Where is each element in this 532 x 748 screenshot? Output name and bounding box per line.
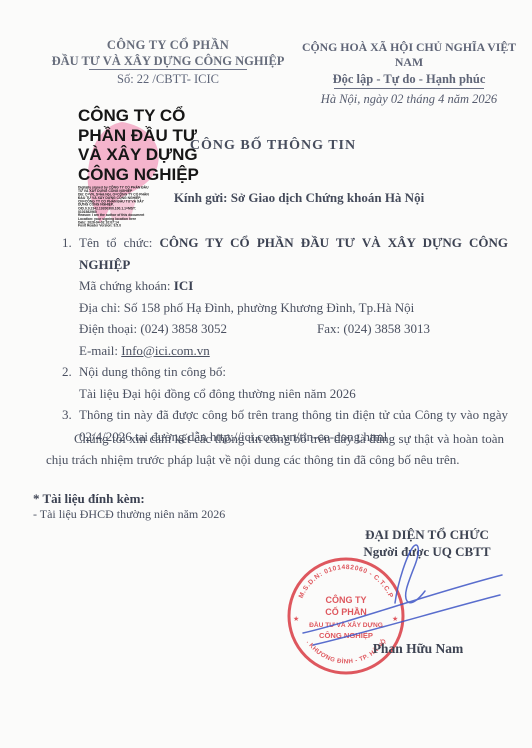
national-title: CỘNG HOÀ XÃ HỘI CHỦ NGHĨA VIỆT NAM xyxy=(296,40,522,70)
place-date-line: Hà Nội, ngày 02 tháng 4 năm 2026 xyxy=(296,92,522,107)
digsig-name-line: CÔNG TY CỔ xyxy=(78,106,228,126)
email-label: E-mail: xyxy=(79,343,121,358)
scanned-document-page: CÔNG TY CỔ PHẦN ĐẦU TƯ VÀ XÂY DỰNG CÔNG … xyxy=(0,0,532,748)
commitment-paragraph: Chúng tôi xin cam kết các thông tin công… xyxy=(46,428,504,470)
attachments-label: * Tài liệu đính kèm: xyxy=(33,491,225,507)
issuer-header: CÔNG TY CỔ PHẦN ĐẦU TƯ VÀ XÂY DỰNG CÔNG … xyxy=(42,38,294,87)
digsig-name-line: VÀ XÂY DỰNG xyxy=(78,145,228,165)
issuer-underline xyxy=(89,69,247,70)
attachment-item: - Tài liệu ĐHCĐ thường niên năm 2026 xyxy=(33,507,225,522)
list-item-2: 2. Nội dung thông tin công bố: xyxy=(62,361,508,383)
signer-name: Phan Hữu Nam xyxy=(363,641,473,657)
issuer-name-line1: CÔNG TY CỔ PHẦN xyxy=(42,38,294,53)
national-motto-header: CỘNG HOÀ XÃ HỘI CHỦ NGHĨA VIỆT NAM Độc l… xyxy=(296,40,522,89)
digital-signature-block: CÔNG TY CỔ PHẦN ĐẦU TƯ VÀ XÂY DỰNG CÔNG … xyxy=(78,106,228,286)
email-line: E-mail: Info@ici.com.vn xyxy=(62,340,508,362)
disclosure-content-label: Nội dung thông tin công bố: xyxy=(79,361,508,383)
handwritten-signature xyxy=(295,533,510,658)
issuer-name-line2: ĐẦU TƯ VÀ XÂY DỰNG CÔNG NGHIỆP xyxy=(42,54,294,69)
item-number: 1. xyxy=(62,232,79,275)
digital-signature-details: Digitally signed by CÔNG TY CỔ PHẦN ĐẦU … xyxy=(78,186,228,228)
disclosure-content-value: Tài liệu Đại hội đồng cổ đông thường niê… xyxy=(62,383,508,405)
digsig-name-line: CÔNG NGHIỆP xyxy=(78,165,228,185)
motto-underline xyxy=(334,88,484,89)
document-number: Số: 22 /CBTT- ICIC xyxy=(42,72,294,87)
national-motto: Độc lập - Tự do - Hạnh phúc xyxy=(296,72,522,87)
phone-value: Điện thoại: (024) 3858 3052 xyxy=(79,318,317,340)
fax-value: Fax: (024) 3858 3013 xyxy=(317,318,430,340)
item-number: 2. xyxy=(62,361,79,383)
phone-fax-line: Điện thoại: (024) 3858 3052 Fax: (024) 3… xyxy=(62,318,508,340)
digsig-name-line: PHẦN ĐẦU TƯ xyxy=(78,126,228,146)
attachments-section: * Tài liệu đính kèm: - Tài liệu ĐHCĐ thư… xyxy=(33,491,225,522)
digsig-detail-line: Foxit Reader Version: 9.5.0 xyxy=(78,224,228,227)
digital-signer-name: CÔNG TY CỔ PHẦN ĐẦU TƯ VÀ XÂY DỰNG CÔNG … xyxy=(78,106,228,184)
email-address: Info@ici.com.vn xyxy=(121,343,210,358)
address-line: Địa chỉ: Số 158 phố Hạ Đình, phường Khươ… xyxy=(62,297,508,319)
